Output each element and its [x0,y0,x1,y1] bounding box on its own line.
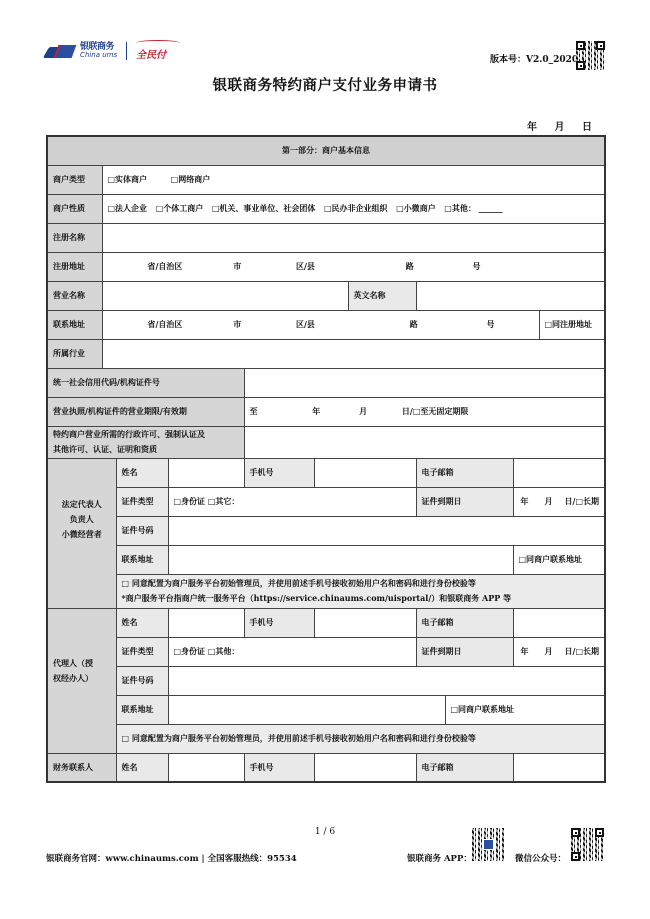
industry-label: 所属行业 [47,339,102,368]
legal-rep-line1: 法定代表人 [53,497,111,512]
agent-id-expiry-label: 证件到期日 [416,637,513,666]
version-label: 版本号：V2.0_2020 [490,52,578,65]
agent-group-label: 代理人（授 权经办人） [47,608,116,753]
merchant-type-options: □实体商户 □网络商户 [102,165,605,194]
checkbox-legal-rep-consent[interactable]: □ 同意配置为商户服务平台初始管理员，并使用前述手机号接收初始用户名和密码和进行… [122,576,600,591]
platform-note: *商户服务平台指商户统一服务平台（https://service.chinaum… [122,591,600,606]
province-label: 省/自治区 [148,319,183,329]
registered-name-label: 注册名称 [47,223,102,252]
legal-rep-email-label: 电子邮箱 [416,458,513,487]
road-label: 路 [406,261,414,271]
finance-contact-label: 财务联系人 [47,753,116,782]
legal-rep-address-label: 联系地址 [116,545,168,574]
registered-address-label: 注册地址 [47,252,102,281]
agent-email-field[interactable] [513,608,605,637]
validity-field[interactable]: 至 年 月 日/□至无固定期限 [244,397,605,426]
finance-email-field[interactable] [513,753,605,782]
until-label: 至 [250,406,258,416]
month-label: 月 [545,496,553,506]
year-label: 年 [521,646,529,656]
contact-address-field[interactable]: 省/自治区 市 区/县 路 号 [102,310,539,339]
registered-address-field[interactable]: 省/自治区 市 区/县 路 号 [102,252,605,281]
credit-code-field[interactable] [244,368,605,397]
checkbox-physical-merchant[interactable]: □实体商户 [108,174,148,184]
app-qr-code-icon [472,828,505,861]
wechat-label: 微信公众号： [515,852,566,864]
road-label: 路 [410,319,418,329]
checkbox-same-as-registered[interactable]: □同注册地址 [539,310,605,339]
province-label: 省/自治区 [148,261,183,271]
city-label: 市 [233,319,241,329]
wechat-qr-code-icon [571,828,604,861]
finance-name-field[interactable] [168,753,244,782]
legal-rep-name-field[interactable] [168,458,244,487]
legal-rep-address-field[interactable] [168,545,513,574]
page-number: 1 / 6 [0,827,650,837]
year-label: 年 [312,406,320,416]
permits-field[interactable] [244,426,605,458]
checkbox-long-term[interactable]: 日/□长期 [565,496,599,506]
section-title: 第一部分：商户基本信息 [47,136,605,165]
agent-name-label: 姓名 [116,608,168,637]
app-label: 银联商务 APP： [407,852,472,864]
legal-rep-email-field[interactable] [513,458,605,487]
month-label: 月 [359,406,367,416]
legal-rep-id-expiry-field[interactable]: 年月日/□长期 [513,487,605,516]
agent-line2: 权经办人） [53,671,111,686]
finance-email-label: 电子邮箱 [416,753,513,782]
other-blank-field[interactable]: ______ [479,203,503,213]
legal-rep-id-type-label: 证件类型 [116,487,168,516]
finance-name-label: 姓名 [116,753,168,782]
city-label: 市 [233,261,241,271]
agent-id-type-options[interactable]: □身份证 □其他： [168,637,416,666]
permits-label: 特约商户营业所需的行政许可、强制认证及 其他许可、认证、证明和资质 [47,426,244,458]
merchant-nature-options: □法人企业 □个体工商户 □机关、事业单位、社会团体 □民办非企业组织 □小微商… [102,194,605,223]
quanminfu-text: 全民付 [136,50,166,61]
merchant-application-form: 第一部分：商户基本信息 商户类型 □实体商户 □网络商户 商户性质 □法人企业 … [46,135,606,783]
agent-address-field[interactable] [168,695,445,724]
checkbox-legal-rep-same-address[interactable]: □同商户联系地址 [513,545,605,574]
registered-name-field[interactable] [102,223,605,252]
agent-id-number-label: 证件号码 [116,666,168,695]
legal-rep-phone-label: 手机号 [244,458,314,487]
business-name-field[interactable] [102,281,348,310]
checkbox-no-fixed-term[interactable]: 日/□至无固定期限 [402,406,468,416]
checkbox-legal-enterprise[interactable]: □法人企业 [108,203,148,213]
contact-address-label: 联系地址 [47,310,102,339]
checkbox-micro-merchant[interactable]: □小微商户 [396,203,436,213]
agent-line1: 代理人（授 [53,656,111,671]
legal-rep-consent-block: □ 同意配置为商户服务平台初始管理员，并使用前述手机号接收初始用户名和密码和进行… [116,574,605,608]
agent-phone-label: 手机号 [244,608,314,637]
agent-id-number-field[interactable] [168,666,605,695]
qr-code-icon [576,41,605,70]
logo-en-text: China ums [80,52,117,59]
quanminfu-logo: 全民付 [136,46,166,61]
legal-rep-group-label: 法定代表人 负责人 小微经营者 [47,458,116,608]
legal-rep-line2: 负责人 [53,512,111,527]
business-name-label: 营业名称 [47,281,102,310]
number-label: 号 [473,261,481,271]
merchant-nature-label: 商户性质 [47,194,102,223]
legal-rep-line3: 小微经营者 [53,527,111,542]
checkbox-long-term[interactable]: 日/□长期 [565,646,599,656]
agent-address-label: 联系地址 [116,695,168,724]
agent-id-expiry-field[interactable]: 年月日/□长期 [513,637,605,666]
english-name-label: 英文名称 [348,281,416,310]
district-label: 区/县 [296,319,315,329]
checkbox-other[interactable]: □其他： [444,203,476,213]
credit-code-label: 统一社会信用代码/机构证件号 [47,368,244,397]
agent-phone-field[interactable] [314,608,416,637]
footer-website-hotline: 银联商务官网：www.chinaums.com | 全国客服热线：95534 [46,852,297,864]
merchant-type-label: 商户类型 [47,165,102,194]
industry-field[interactable] [102,339,605,368]
checkbox-private-nonprofit[interactable]: □民办非企业组织 [324,203,388,213]
checkbox-government-institution[interactable]: □机关、事业单位、社会团体 [212,203,316,213]
year-label: 年 [521,496,529,506]
checkbox-agent-consent[interactable]: □ 同意配置为商户服务平台初始管理员，并使用前述手机号接收初始用户名和密码和进行… [116,724,605,753]
agent-name-field[interactable] [168,608,244,637]
agent-id-type-label: 证件类型 [116,637,168,666]
date-line: 年 月 日 [527,118,592,133]
legal-rep-phone-field[interactable] [314,458,416,487]
chinaums-logo-icon [46,43,76,59]
legal-rep-name-label: 姓名 [116,458,168,487]
agent-email-label: 电子邮箱 [416,608,513,637]
checkbox-online-merchant[interactable]: □网络商户 [171,174,211,184]
permits-label-line1: 特约商户营业所需的行政许可、强制认证及 [53,427,239,442]
document-title: 银联商务特约商户支付业务申请书 [0,74,650,95]
permits-label-line2: 其他许可、认证、证明和资质 [53,442,239,457]
english-name-field[interactable] [416,281,605,310]
logo-divider [126,42,127,60]
legal-rep-id-number-label: 证件号码 [116,516,168,545]
number-label: 号 [487,319,495,329]
month-label: 月 [545,646,553,656]
district-label: 区/县 [296,261,315,271]
finance-phone-field[interactable] [314,753,416,782]
chinaums-logo: 银联商务 China ums 全民付 [46,40,166,62]
legal-rep-id-number-field[interactable] [168,516,605,545]
checkbox-agent-same-address[interactable]: □同商户联系地址 [445,695,605,724]
legal-rep-id-type-options[interactable]: □身份证 □其它： [168,487,416,516]
finance-phone-label: 手机号 [244,753,314,782]
swoosh-icon [136,40,180,46]
validity-label: 营业执照/机构证件的营业期限/有效期 [47,397,244,426]
legal-rep-id-expiry-label: 证件到期日 [416,487,513,516]
checkbox-individual-business[interactable]: □个体工商户 [156,203,204,213]
app-logo-icon [483,839,494,850]
